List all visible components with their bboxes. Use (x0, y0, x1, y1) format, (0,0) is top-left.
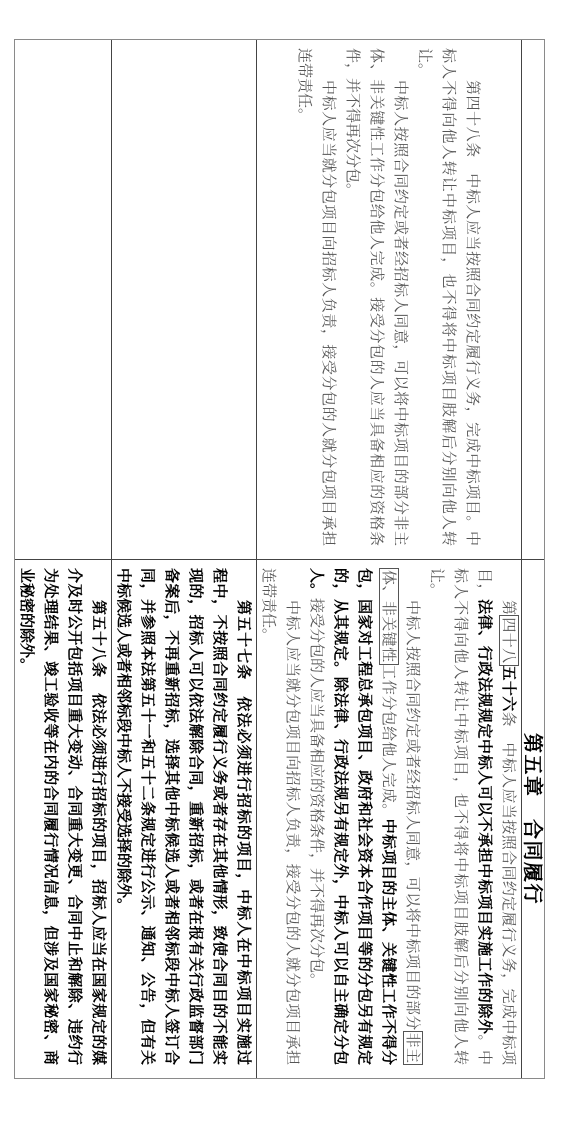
original-text: 让。 (416, 48, 434, 78)
original-text: 中标人按照合同约定或者经招标人同意，可以将中标项目的部分非主 (392, 80, 410, 546)
text-line: 现的，招标人可以依法解除合同，重新招标，或者在报有关行政监督部门 (184, 568, 208, 1065)
inserted-text: 五十六 (500, 666, 518, 712)
text-line: 标人不得向他人转让中标项目，也不得将中标项目肢解后分别向他人转 (449, 568, 473, 1065)
original-text: 第四十八条 中标人应当按照合同约定履行义务，完成中标项目。中 (464, 80, 482, 546)
text-line: 件，并不得再次分包。 (341, 48, 365, 546)
inserted-text: 法律、行政法规规定中标人可以不承担中标项目实施工作的除外 (476, 599, 494, 1034)
original-text: 接受分包的人应当具备相应的资格条件，并不得再次分包。 (308, 598, 326, 988)
cell-new-article-58: 第五十八条 依法必须进行招标的项目，招标人应当在国家规定的媒介及时公开包括项目重… (15, 560, 111, 1078)
empty-original-cell (15, 40, 111, 560)
rotated-document-page: 第五章 合同履行 第四十八条 中标人应当按照合同约定履行义务，完成中标项目。中标… (0, 0, 562, 1122)
inserted-text: 中标项目的主体、关键性工作不得分 (380, 819, 398, 1065)
text-line: 连带责任。 (257, 568, 281, 1065)
header-right-cell: 第五章 合同履行 (521, 560, 544, 1078)
text-line: 让。 (425, 568, 449, 1065)
text-line: 中标人按照合同约定或者经招标人同意，可以将中标项目的部分非主 (389, 48, 413, 546)
deleted-text-box: 四十八 (499, 615, 519, 665)
original-text: 体、非关键性工作分包给他人完成。接受分包的人应当具备相应的资格条 (368, 48, 386, 546)
inserted-text: 中标候选人或者相邻标段中标人不接受选择的除外。 (115, 568, 133, 913)
text-line: 业秘密的除外。 (15, 568, 39, 1065)
inserted-text: 介及时公开包括项目重大变动、合同重大变更、合同中止和解除、违约行 (66, 568, 84, 1065)
cell-revised-article-56: 第四十八五十六条 中标人应当按照合同约定履行义务，完成中标项目，法律、行政法规规… (256, 560, 521, 1078)
text-line: 人。接受分包的人应当具备相应的资格条件，并不得再次分包。 (305, 568, 329, 1065)
deleted-text-box: 非主 (403, 1031, 423, 1065)
inserted-text: 包，国家对工程总承包项目、政府和社会资本合作项目等的分包另有规定 (356, 568, 374, 1065)
original-text: 目， (476, 568, 494, 599)
text-line: 第五十七条 依法必须进行招标的项目，中标人在中标项目实施过 (232, 568, 256, 1065)
cell-original-article-48: 第四十八条 中标人应当按照合同约定履行义务，完成中标项目。中标人不得向他人转让中… (256, 40, 521, 560)
text-line: 让。 (413, 48, 437, 546)
inserted-text: 的，从其规定。除法律、行政法规另有规定外，中标人可以自主确定分包 (332, 568, 350, 1065)
text-line: 第四十八五十六条 中标人应当按照合同约定履行义务，完成中标项 (497, 568, 521, 1065)
inserted-text: 同，并参照本法第五十一和五十二条规定进行公示、通知、公告，但有关 (139, 568, 157, 1065)
original-text: 条 中标人应当按照合同约定履行义务，完成中标项 (500, 712, 518, 1065)
text-line: 标人不得向他人转让中标项目，也不得将中标项目肢解后分别向他人转 (437, 48, 461, 546)
inserted-text: 第五十七条 依法必须进行招标的项目，中标人在中标项目实施过 (235, 600, 253, 1065)
inserted-text: 为处理结果、竣工验收等在内的合同履行情况信息，但涉及国家秘密、商 (42, 568, 60, 1065)
original-text: 中标人应当就分包项目向招标人负责，接受分包的人就分包项目承担 (284, 600, 302, 1065)
header-left-cell (521, 40, 544, 560)
original-text: 。中 (476, 1034, 494, 1065)
inserted-text: 备案后，不再重新招标，选择其他中标候选人或者相邻标段中标人签订合 (163, 568, 181, 1065)
original-text: 件，并不得再次分包。 (344, 48, 362, 198)
text-line: 中标人按照合同约定或者经招标人同意，可以将中标项目的部分非主 (401, 568, 425, 1065)
inserted-text: 程中，不按照合同约定履行义务或者存在其他情形，致使合同目的不能实 (211, 568, 229, 1065)
inserted-text: 第五十八条 依法必须进行招标的项目，招标人应当在国家规定的媒 (90, 600, 108, 1065)
text-line: 连带责任。 (293, 48, 317, 546)
text-line: 程中，不按照合同约定履行义务或者存在其他情形，致使合同目的不能实 (208, 568, 232, 1065)
inserted-text: 现的，招标人可以依法解除合同，重新招标，或者在报有关行政监督部门 (187, 568, 205, 1065)
text-line: 的，从其规定。除法律、行政法规另有规定外，中标人可以自主确定分包 (329, 568, 353, 1065)
text-line: 同，并参照本法第五十一和五十二条规定进行公示、通知、公告，但有关 (136, 568, 160, 1065)
inserted-text: 人。 (308, 568, 326, 598)
text-line: 目，法律、行政法规规定中标人可以不承担中标项目实施工作的除外。中 (473, 568, 497, 1065)
text-line: 备案后，不再重新招标，选择其他中标候选人或者相邻标段中标人签订合 (160, 568, 184, 1065)
original-text: 标人不得向他人转让中标项目，也不得将中标项目肢解后分别向他人转 (440, 48, 458, 546)
text-line: 介及时公开包括项目重大变动、合同重大变更、合同中止和解除、违约行 (63, 568, 87, 1065)
text-line: 为处理结果、竣工验收等在内的合同履行情况信息，但涉及国家秘密、商 (39, 568, 63, 1065)
inserted-text: 业秘密的除外。 (18, 568, 36, 673)
original-text: 工作分包给他人完成。 (380, 665, 398, 819)
text-line: 中标候选人或者相邻标段中标人不接受选择的除外。 (112, 568, 136, 1065)
original-text: 中标人应当就分包项目向招标人负责，接受分包的人就分包项目承担 (320, 80, 338, 546)
original-text: 连带责任。 (260, 568, 278, 643)
text-line: 包，国家对工程总承包项目、政府和社会资本合作项目等的分包另有规定 (353, 568, 377, 1065)
deleted-text-box: 体、非关键性 (379, 568, 399, 665)
empty-original-cell (111, 40, 256, 560)
text-line: 中标人应当就分包项目向招标人负责，接受分包的人就分包项目承担 (281, 568, 305, 1065)
text-line: 体、非关键性工作分包给他人完成。中标项目的主体、关键性工作不得分 (377, 568, 401, 1065)
comparison-table: 第五章 合同履行 第四十八条 中标人应当按照合同约定履行义务，完成中标项目。中标… (14, 39, 545, 1079)
text-line: 中标人应当就分包项目向招标人负责，接受分包的人就分包项目承担 (317, 48, 341, 546)
cell-new-article-57: 第五十七条 依法必须进行招标的项目，中标人在中标项目实施过程中，不按照合同约定履… (111, 560, 256, 1078)
original-text: 让。 (428, 568, 446, 598)
original-text: 标人不得向他人转让中标项目，也不得将中标项目肢解后分别向他人转 (452, 568, 470, 1065)
text-line: 体、非关键性工作分包给他人完成。接受分包的人应当具备相应的资格条 (365, 48, 389, 546)
text-line: 第五十八条 依法必须进行招标的项目，招标人应当在国家规定的媒 (87, 568, 111, 1065)
original-text: 中标人按照合同约定或者经招标人同意，可以将中标项目的部分 (404, 600, 422, 1031)
text-line: 第四十八条 中标人应当按照合同约定履行义务，完成中标项目。中 (461, 48, 485, 546)
original-text: 第 (500, 600, 518, 615)
chapter-heading: 第五章 合同履行 (522, 733, 544, 905)
original-text: 连带责任。 (296, 48, 314, 123)
